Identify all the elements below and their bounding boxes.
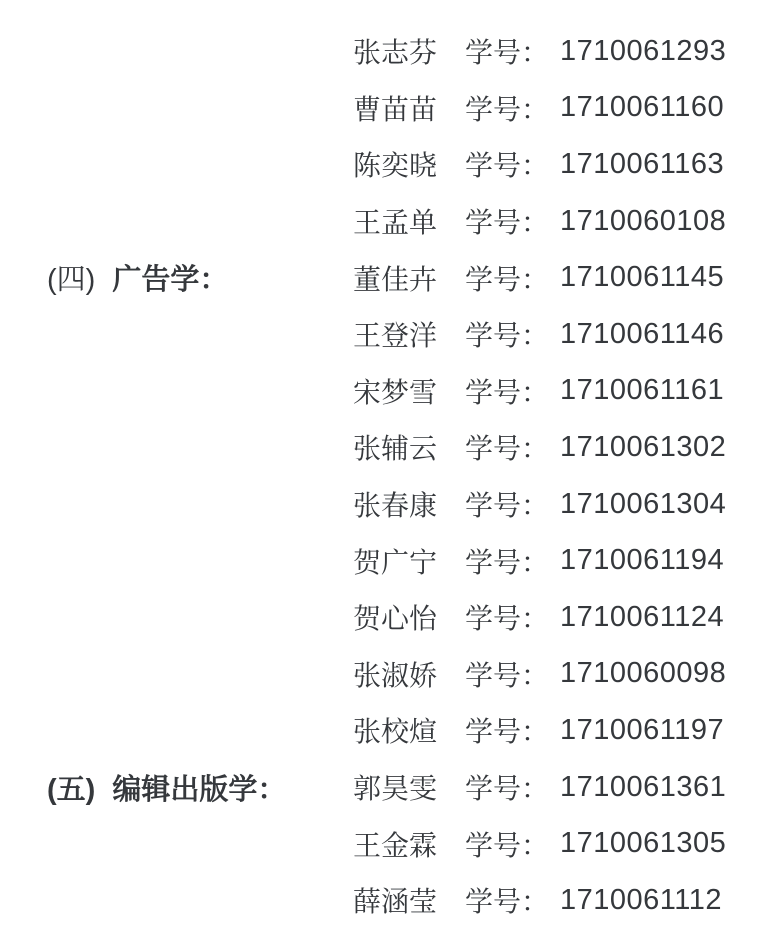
student-id: 1710061302 [560,431,758,464]
student-id: 1710060098 [560,657,758,690]
student-id-label: 学号： [465,201,560,241]
student-name: 张辅云 [353,427,465,467]
student-name: 宋梦雪 [353,371,465,411]
student-row: 王孟单学号：1710060108 [0,193,758,250]
student-id-label: 学号： [465,484,560,524]
student-name: 王金霖 [353,824,465,864]
student-id-label: 学号： [465,710,560,750]
student-name: 张淑娇 [353,654,465,694]
student-name: 陈奕晓 [353,144,465,184]
section-label: (五)编辑出版学： [0,767,353,808]
student-id-label: 学号： [465,371,560,411]
student-row: 曹苗苗学号：1710061160 [0,80,758,137]
student-id: 1710061163 [560,148,758,181]
student-id: 1710061304 [560,488,758,521]
section-title: 编辑出版学： [112,767,286,808]
student-row: 张辅云学号：1710061302 [0,419,758,476]
student-row: 张志芬学号：1710061293 [0,23,758,80]
student-id-label: 学号： [465,31,560,71]
student-id: 1710061361 [560,771,758,804]
student-id: 1710061197 [560,714,758,747]
student-name: 郭昊雯 [353,767,465,807]
student-row: 陈奕晓学号：1710061163 [0,136,758,193]
student-row: (五)编辑出版学：郭昊雯学号：1710061361 [0,759,758,816]
student-name: 曹苗苗 [353,88,465,128]
student-name: 王孟单 [353,201,465,241]
section-title: 广告学： [112,257,228,298]
student-name: 贺心怡 [353,597,465,637]
student-row: 宋梦雪学号：1710061161 [0,363,758,420]
student-id-label: 学号： [465,541,560,581]
student-row: 薛涵莹学号：1710061112 [0,872,758,929]
student-id: 1710061146 [560,318,758,351]
student-id-label: 学号： [465,654,560,694]
student-id: 1710061161 [560,374,758,407]
student-row: 王金霖学号：1710061305 [0,815,758,872]
student-row: (四)广告学：董佳卉学号：1710061145 [0,249,758,306]
student-id-label: 学号： [465,144,560,184]
student-id-label: 学号： [465,824,560,864]
student-row: 张淑娇学号：1710060098 [0,646,758,703]
student-id-label: 学号： [465,258,560,298]
student-id-label: 学号： [465,597,560,637]
student-row: 张春康学号：1710061304 [0,476,758,533]
student-id: 1710061194 [560,544,758,577]
student-row: 贺广宁学号：1710061194 [0,532,758,589]
student-id-label: 学号： [465,880,560,920]
student-list: 张志芬学号：1710061293曹苗苗学号：1710061160陈奕晓学号：17… [0,23,758,929]
section-index: (五) [47,767,95,808]
student-id: 1710060108 [560,205,758,238]
student-id: 1710061293 [560,35,758,68]
student-name: 薛涵莹 [353,880,465,920]
student-id: 1710061145 [560,261,758,294]
section-label: (四)广告学： [0,257,353,298]
student-id-label: 学号： [465,314,560,354]
student-name: 董佳卉 [353,258,465,298]
student-row: 王登洋学号：1710061146 [0,306,758,363]
section-index: (四) [47,257,95,298]
student-id-label: 学号： [465,767,560,807]
student-row: 贺心怡学号：1710061124 [0,589,758,646]
student-name: 张春康 [353,484,465,524]
document-page: 张志芬学号：1710061293曹苗苗学号：1710061160陈奕晓学号：17… [0,0,758,941]
student-name: 王登洋 [353,314,465,354]
student-name: 张校煊 [353,710,465,750]
student-id: 1710061305 [560,827,758,860]
student-name: 张志芬 [353,31,465,71]
student-id: 1710061124 [560,601,758,634]
student-id: 1710061160 [560,91,758,124]
student-id-label: 学号： [465,88,560,128]
student-row: 张校煊学号：1710061197 [0,702,758,759]
student-id: 1710061112 [560,884,758,917]
student-name: 贺广宁 [353,541,465,581]
student-id-label: 学号： [465,427,560,467]
